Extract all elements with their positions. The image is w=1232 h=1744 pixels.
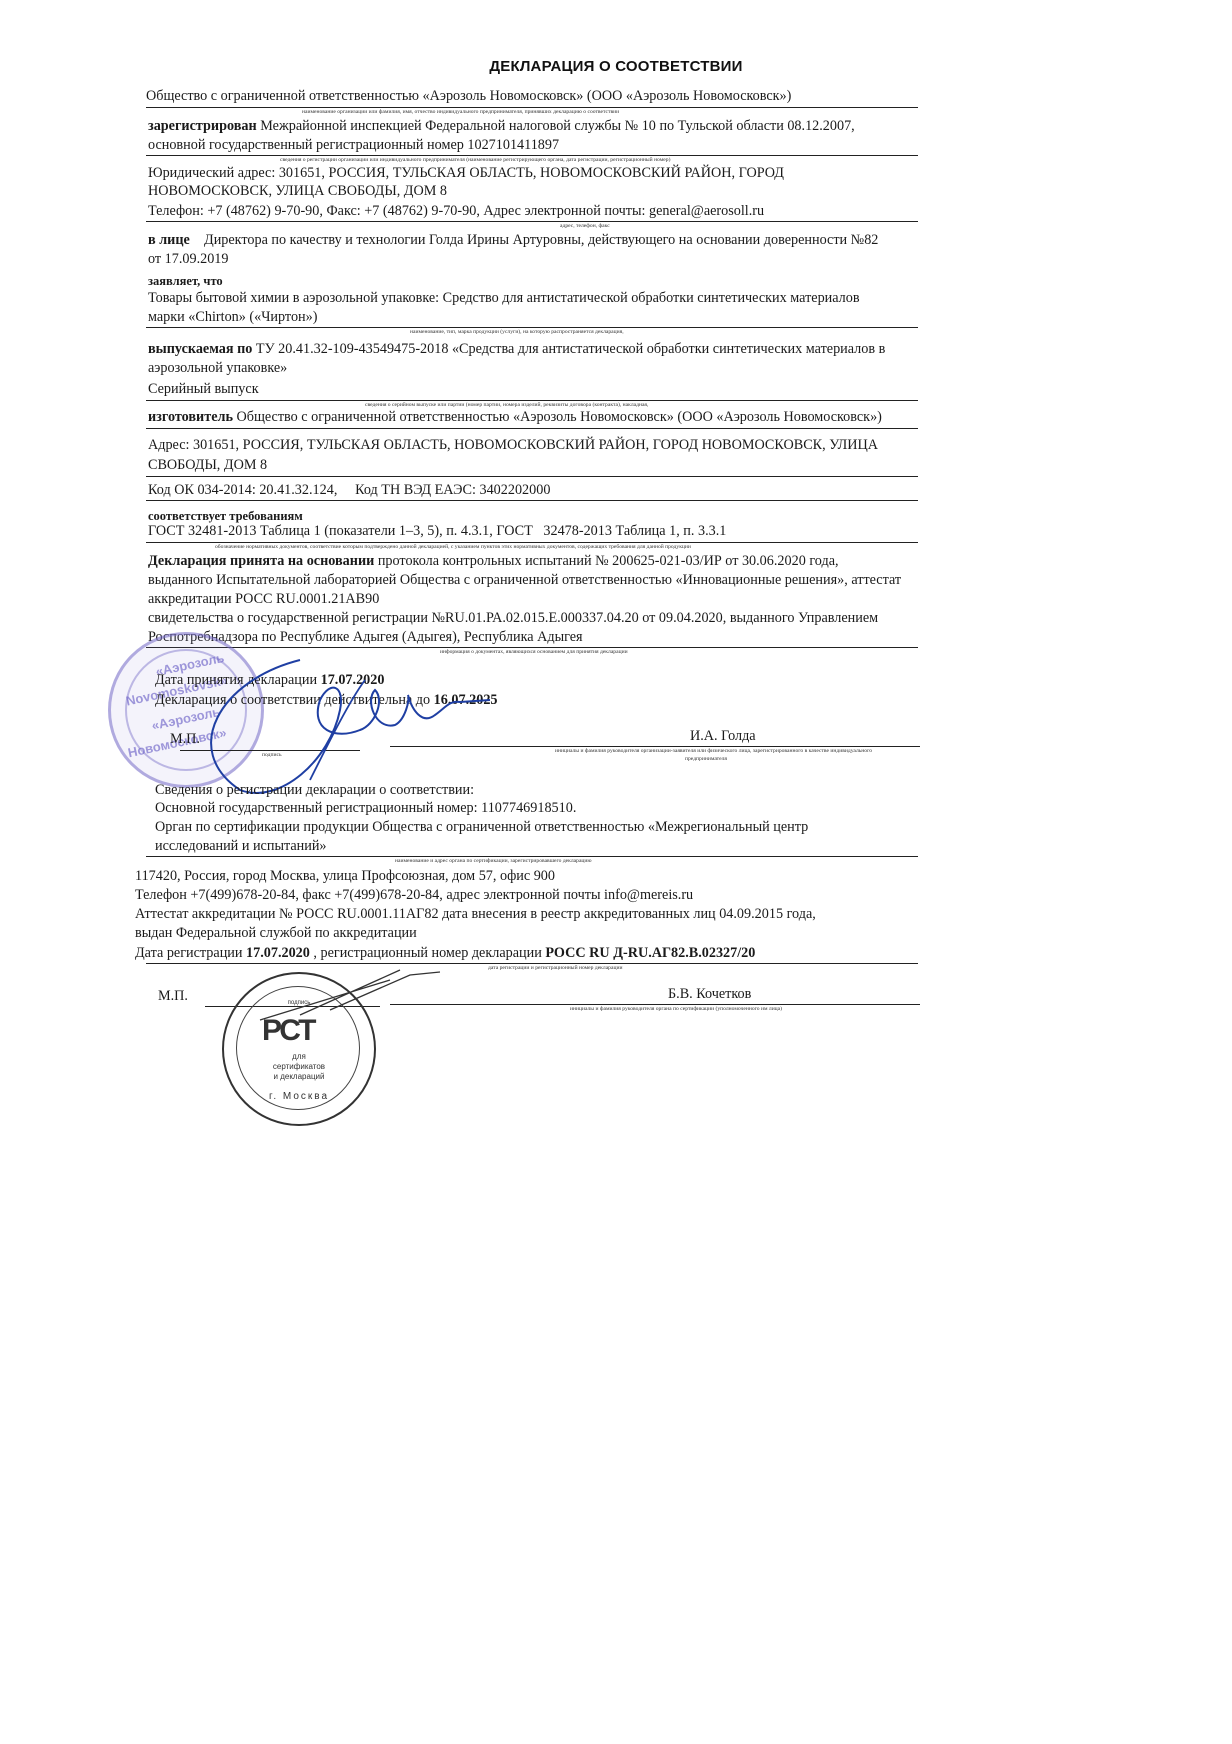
basis-text: протокола контрольных испытаний № 200625… — [378, 553, 839, 569]
produced-text: ТУ 20.41.32-109-43549475-2018 «Средства … — [256, 341, 885, 357]
signer-name-caption-1: инициалы и фамилия руководителя организа… — [555, 748, 872, 755]
cert-body-caption: наименование и адрес органа по сертифика… — [395, 858, 592, 865]
divider — [146, 428, 918, 429]
product-line2: марки «Chirton» («Чиртон») — [148, 309, 317, 326]
representative-label: в лице — [148, 232, 190, 248]
produced-caption: сведения о серийном выпуске или партии (… — [365, 402, 648, 409]
declares-label: заявляет, что — [148, 273, 223, 290]
registration-caption: сведения о регистрации организации или и… — [280, 157, 670, 164]
basis-line2: выданного Испытательной лабораторией Общ… — [148, 572, 901, 589]
divider — [146, 542, 918, 543]
stamp-text: и деклараций — [224, 1072, 374, 1082]
representative-line2: от 17.09.2019 — [148, 251, 229, 268]
applicant-name-caption: наименование организации или фамилия, им… — [302, 109, 619, 116]
cert-body-address: 117420, Россия, город Москва, улица Проф… — [135, 868, 555, 885]
divider — [146, 856, 918, 857]
produced-line2: аэрозольной упаковке» — [148, 360, 287, 377]
legal-address-line1: Юридический адрес: 301651, РОССИЯ, ТУЛЬС… — [148, 165, 784, 182]
divider — [146, 476, 918, 477]
stamp-text: сертификатов — [224, 1062, 374, 1072]
cert-signature-icon — [240, 960, 460, 1040]
basis-line1: Декларация принята на основании протокол… — [148, 553, 839, 570]
manufacturer-line: изготовитель Общество с ограниченной отв… — [148, 409, 882, 426]
manufacturer-name: Общество с ограниченной ответственностью… — [237, 409, 882, 425]
divider — [146, 400, 918, 401]
legal-address-line2: НОВОМОСКОВСК, УЛИЦА СВОБОДЫ, ДОМ 8 — [148, 183, 447, 200]
cert-body-line2: исследований и испытаний» — [155, 838, 327, 855]
product-caption: наименование, тип, марка продукции (услу… — [410, 329, 624, 336]
produced-label: выпускаемая по — [148, 341, 252, 357]
applicant-contacts: Телефон: +7 (48762) 9-70-90, Факс: +7 (4… — [148, 203, 764, 220]
applicant-signer-name: И.А. Голда — [690, 728, 756, 745]
registration-ogrn: Основной государственный регистрационный… — [155, 800, 576, 817]
serial-release: Серийный выпуск — [148, 381, 259, 398]
divider — [146, 327, 918, 328]
product-codes: Код ОК 034-2014: 20.41.32.124, Код ТН ВЭ… — [148, 482, 550, 499]
signer-name-caption-2: предпринимателя — [685, 756, 727, 763]
cert-body-line1: Орган по сертификации продукции Общества… — [155, 819, 808, 836]
registered-text: Межрайонной инспекцией Федеральной налог… — [260, 118, 855, 134]
stamp-text: г. Москва — [224, 1092, 374, 1102]
basis-line4: свидетельства о государственной регистра… — [148, 610, 878, 627]
contacts-caption: адрес, телефон, факс — [560, 223, 610, 230]
basis-label: Декларация принята на основании — [148, 553, 374, 569]
registered-label: зарегистрирован — [148, 118, 257, 134]
cert-signer-caption: инициалы и фамилия руководителя органа п… — [570, 1006, 782, 1013]
reg-number-label: , регистрационный номер декларации — [313, 945, 541, 961]
cert-mp-label: М.П. — [158, 988, 188, 1005]
cert-body-contacts: Телефон +7(499)678-20-84, факс +7(499)67… — [135, 887, 693, 904]
accreditation-line2: выдан Федеральной службой по аккредитаци… — [135, 925, 417, 942]
registration-heading: Сведения о регистрации декларации о соот… — [155, 782, 474, 799]
representative-text: Директора по качеству и технологии Голда… — [204, 232, 878, 248]
manufacturer-address-line1: Адрес: 301651, РОССИЯ, ТУЛЬСКАЯ ОБЛАСТЬ,… — [148, 437, 878, 454]
requirements-text: ГОСТ 32481-2013 Таблица 1 (показатели 1–… — [148, 523, 726, 540]
requirements-caption: обозначение нормативных документов, соот… — [215, 544, 691, 551]
representative-line1: в лице Директора по качеству и технологи… — [148, 232, 878, 249]
produced-line1: выпускаемая по ТУ 20.41.32-109-43549475-… — [148, 341, 885, 358]
stamp-text: для — [224, 1052, 374, 1062]
reg-number-value: РОСС RU Д-RU.АГ82.В.02327/20 — [545, 945, 755, 961]
basis-line3: аккредитации РОСС RU.0001.21АВ90 — [148, 591, 379, 608]
reg-date-value: 17.07.2020 — [246, 945, 310, 961]
manufacturer-address-line2: СВОБОДЫ, ДОМ 8 — [148, 457, 267, 474]
divider — [146, 155, 918, 156]
accreditation-line1: Аттестат аккредитации № РОСС RU.0001.11А… — [135, 906, 816, 923]
reg-caption: дата регистрации и регистрационный номер… — [488, 965, 622, 972]
document-title: ДЕКЛАРАЦИЯ О СООТВЕТСТВИИ — [0, 58, 1232, 75]
manufacturer-label: изготовитель — [148, 409, 233, 425]
ogrn-line: основной государственный регистрационный… — [148, 137, 559, 154]
divider — [146, 221, 918, 222]
applicant-name: Общество с ограниченной ответственностью… — [146, 88, 791, 105]
name-line — [390, 1004, 920, 1005]
divider — [146, 500, 918, 501]
declaration-page: ДЕКЛАРАЦИЯ О СООТВЕТСТВИИ Общество с огр… — [0, 0, 1232, 1744]
registered-line: зарегистрирован Межрайонной инспекцией Ф… — [148, 118, 855, 135]
reg-date-label: Дата регистрации — [135, 945, 242, 961]
divider — [146, 107, 918, 108]
cert-signer-name: Б.В. Кочетков — [668, 986, 751, 1003]
product-line1: Товары бытовой химии в аэрозольной упако… — [148, 290, 860, 307]
